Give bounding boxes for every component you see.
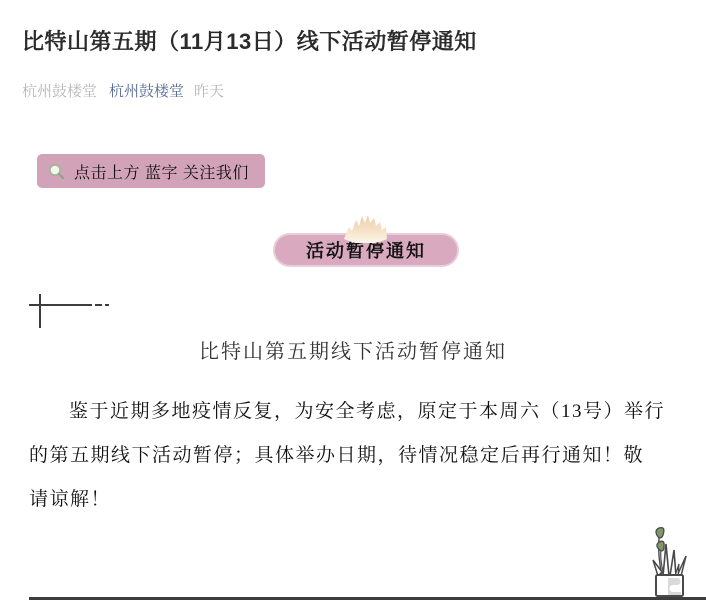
dash-decoration bbox=[105, 304, 109, 306]
follow-banner-text: 点击上方 蓝字 关注我们 bbox=[74, 160, 249, 183]
notice-paragraph: 鉴于近期多地疫情反复，为安全考虑，原定于本周六（13号）举行 的第五期线下活动暂… bbox=[29, 390, 679, 522]
article-page: 比特山第五期（11月13日）线下活动暂停通知 杭州鼓楼堂杭州鼓楼堂昨天 点击上方… bbox=[0, 0, 706, 616]
article-title: 比特山第五期（11月13日）线下活动暂停通知 bbox=[22, 27, 682, 57]
paragraph-line: 的第五期线下活动暂停；具体举办日期，待情况稳定后再行通知！敬 bbox=[29, 434, 679, 478]
dash-decoration bbox=[95, 304, 102, 306]
paragraph-line: 鉴于近期多地疫情反复，为安全考虑，原定于本周六（13号）举行 bbox=[29, 390, 679, 434]
footer-divider bbox=[29, 597, 706, 600]
byline: 杭州鼓楼堂杭州鼓楼堂昨天 bbox=[22, 80, 224, 101]
notice-heading: 比特山第五期线下活动暂停通知 bbox=[0, 338, 706, 366]
crosshair-vline-decoration bbox=[39, 294, 41, 328]
magnifier-icon bbox=[48, 163, 65, 180]
follow-banner: 点击上方 蓝字 关注我们 bbox=[37, 154, 265, 188]
author-name: 杭州鼓楼堂 bbox=[22, 83, 97, 100]
plant-pot-icon bbox=[648, 524, 690, 598]
lotus-shell-icon bbox=[340, 213, 390, 243]
account-link[interactable]: 杭州鼓楼堂 bbox=[109, 83, 184, 100]
publish-time: 昨天 bbox=[194, 83, 224, 100]
paragraph-line: 请谅解！ bbox=[29, 478, 679, 522]
